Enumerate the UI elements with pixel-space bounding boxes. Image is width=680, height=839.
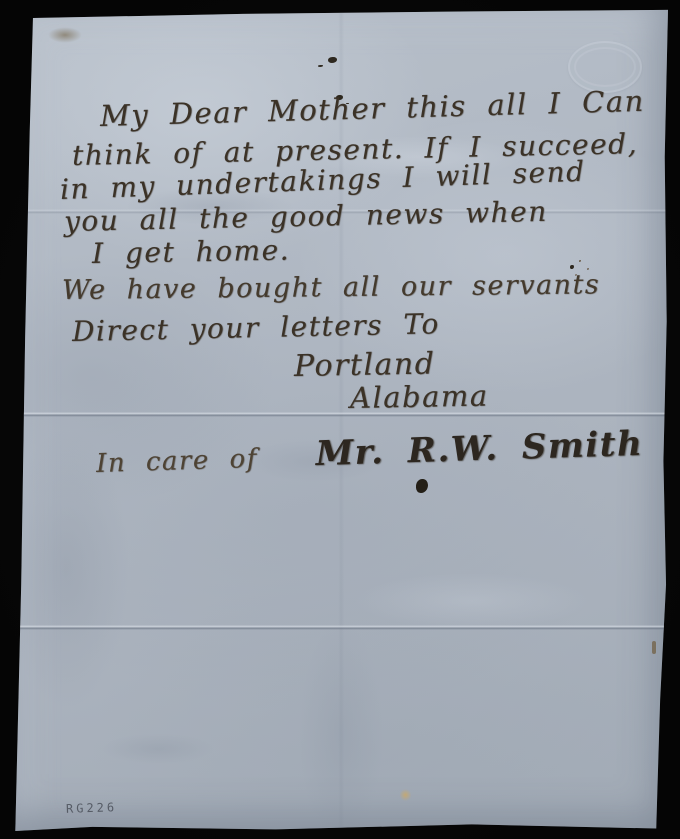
- ink-speckles: [570, 265, 574, 269]
- stain-mark: [652, 641, 656, 654]
- ink-blot: [328, 57, 337, 63]
- care-of-gap: [258, 465, 316, 467]
- fold-line: [14, 412, 668, 417]
- care-of-prefix: In care of: [96, 444, 259, 479]
- care-of-name: Mr. R.W. Smith: [315, 424, 644, 474]
- address-city: Portland: [294, 347, 436, 384]
- stain-spot: [400, 789, 411, 801]
- care-of-line: In care ofMr. R.W. Smith: [95, 424, 643, 481]
- fold-line: [14, 625, 668, 630]
- ink-blot: [416, 479, 428, 493]
- archive-mark: RG226: [66, 800, 118, 816]
- letter-line: I get home.: [92, 234, 291, 270]
- letter-line: My Dear Mother this all I Can: [100, 84, 646, 133]
- page-background: My Dear Mother this all I Can think of a…: [0, 0, 680, 839]
- stain-smudge: [48, 27, 82, 43]
- address-state: Alabama: [350, 379, 489, 415]
- letter-paper: My Dear Mother this all I Can think of a…: [14, 9, 668, 831]
- letter-line: Direct your letters To: [72, 307, 440, 348]
- letter-line: We have bought all our servants: [62, 269, 601, 306]
